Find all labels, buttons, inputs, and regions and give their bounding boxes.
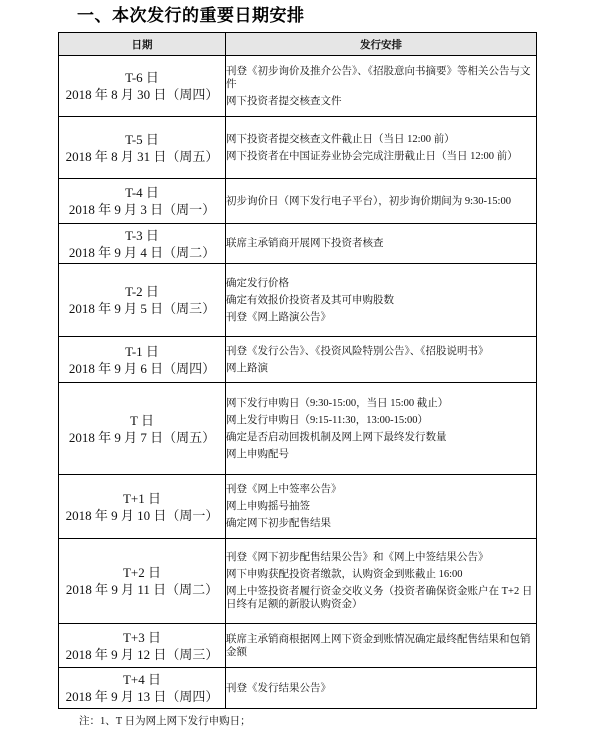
arrangement-cell: 刊登《发行结果公告》 xyxy=(226,668,537,709)
arrangement-item: 网下投资者提交核查文件截止日（当日 12:00 前） xyxy=(226,133,536,146)
date-cell: T+2 日2018 年 9 月 11 日（周二） xyxy=(59,539,226,624)
section-heading: 一、本次发行的重要日期安排 xyxy=(77,1,305,26)
trading-day-label: T-2 日 xyxy=(59,283,225,300)
column-header-arrangement: 发行安排 xyxy=(226,33,537,56)
table-row: T-1 日2018 年 9 月 6 日（周四）刊登《发行公告》、《投资风险特别公… xyxy=(59,337,537,383)
table-row: T-5 日2018 年 8 月 31 日（周五）网下投资者提交核查文件截止日（当… xyxy=(59,117,537,179)
date-cell: T-6 日2018 年 8 月 30 日（周四） xyxy=(59,56,226,117)
table-row: T+4 日2018 年 9 月 13 日（周四）刊登《发行结果公告》 xyxy=(59,668,537,709)
table-row: T-6 日2018 年 8 月 30 日（周四）刊登《初步询价及推介公告》、《招… xyxy=(59,56,537,117)
calendar-date: 2018 年 9 月 12 日（周三） xyxy=(59,646,225,663)
calendar-date: 2018 年 8 月 30 日（周四） xyxy=(59,86,225,103)
arrangement-cell: 刊登《网下初步配售结果公告》和《网上中签结果公告》网下申购获配投资者缴款，认购资… xyxy=(226,539,537,624)
calendar-date: 2018 年 9 月 5 日（周三） xyxy=(59,300,225,317)
arrangement-cell: 刊登《初步询价及推介公告》、《招股意向书摘要》等相关公告与文件网下投资者提交核查… xyxy=(226,56,537,117)
date-cell: T+1 日2018 年 9 月 10 日（周一） xyxy=(59,475,226,539)
arrangement-item: 刊登《网上路演公告》 xyxy=(226,311,536,324)
calendar-date: 2018 年 9 月 4 日（周二） xyxy=(59,244,225,261)
calendar-date: 2018 年 9 月 10 日（周一） xyxy=(59,507,225,524)
table-row: T-3 日2018 年 9 月 4 日（周二）联席主承销商开展网下投资者核查 xyxy=(59,224,537,264)
table-row: T-4 日2018 年 9 月 3 日（周一）初步询价日（网下发行电子平台），初… xyxy=(59,179,537,224)
calendar-date: 2018 年 9 月 13 日（周四） xyxy=(59,688,225,705)
table-header-row: 日期 发行安排 xyxy=(59,33,537,56)
arrangement-item: 确定有效报价投资者及其可申购股数 xyxy=(226,294,536,307)
arrangement-item: 联席主承销商开展网下投资者核查 xyxy=(226,237,536,250)
arrangement-item: 网下投资者在中国证券业协会完成注册截止日（当日 12:00 前） xyxy=(226,150,536,163)
arrangement-item: 网下申购获配投资者缴款，认购资金到账截止 16:00 xyxy=(226,568,536,581)
trading-day-label: T 日 xyxy=(59,412,225,429)
arrangement-item: 初步询价日（网下发行电子平台），初步询价期间为 9:30-15:00 xyxy=(226,195,536,208)
table-row: T-2 日2018 年 9 月 5 日（周三）确定发行价格确定有效报价投资者及其… xyxy=(59,264,537,337)
arrangement-item: 刊登《发行结果公告》 xyxy=(226,682,536,695)
trading-day-label: T+2 日 xyxy=(59,564,225,581)
arrangement-cell: 刊登《发行公告》、《投资风险特别公告》、《招股说明书》网上路演 xyxy=(226,337,537,383)
arrangement-item: 网上中签投资者履行资金交收义务（投资者确保资金账户在 T+2 日日终有足额的新股… xyxy=(226,585,536,611)
column-header-date: 日期 xyxy=(59,33,226,56)
schedule-table: 日期 发行安排 T-6 日2018 年 8 月 30 日（周四）刊登《初步询价及… xyxy=(58,32,537,709)
arrangement-cell: 确定发行价格确定有效报价投资者及其可申购股数刊登《网上路演公告》 xyxy=(226,264,537,337)
arrangement-item: 网下发行申购日（9:30-15:00，当日 15:00 截止） xyxy=(226,397,536,410)
arrangement-item: 联席主承销商根据网上网下资金到账情况确定最终配售结果和包销金额 xyxy=(226,633,536,659)
arrangement-cell: 初步询价日（网下发行电子平台），初步询价期间为 9:30-15:00 xyxy=(226,179,537,224)
arrangement-item: 刊登《初步询价及推介公告》、《招股意向书摘要》等相关公告与文件 xyxy=(226,65,536,91)
date-cell: T-5 日2018 年 8 月 31 日（周五） xyxy=(59,117,226,179)
trading-day-label: T-6 日 xyxy=(59,69,225,86)
date-cell: T+3 日2018 年 9 月 12 日（周三） xyxy=(59,624,226,668)
arrangement-item: 网上路演 xyxy=(226,362,536,375)
arrangement-cell: 联席主承销商根据网上网下资金到账情况确定最终配售结果和包销金额 xyxy=(226,624,537,668)
trading-day-label: T+4 日 xyxy=(59,671,225,688)
arrangement-item: 网上申购配号 xyxy=(226,448,536,461)
table-row: T+3 日2018 年 9 月 12 日（周三）联席主承销商根据网上网下资金到账… xyxy=(59,624,537,668)
arrangement-item: 确定发行价格 xyxy=(226,277,536,290)
calendar-date: 2018 年 8 月 31 日（周五） xyxy=(59,148,225,165)
date-cell: T+4 日2018 年 9 月 13 日（周四） xyxy=(59,668,226,709)
arrangement-cell: 网下发行申购日（9:30-15:00，当日 15:00 截止）网上发行申购日（9… xyxy=(226,383,537,475)
arrangement-item: 确定是否启动回拨机制及网上网下最终发行数量 xyxy=(226,431,536,444)
trading-day-label: T-1 日 xyxy=(59,343,225,360)
calendar-date: 2018 年 9 月 3 日（周一） xyxy=(59,201,225,218)
footnote: 注：1、T 日为网上网下发行申购日； xyxy=(79,713,251,728)
calendar-date: 2018 年 9 月 7 日（周五） xyxy=(59,429,225,446)
date-cell: T 日2018 年 9 月 7 日（周五） xyxy=(59,383,226,475)
trading-day-label: T+1 日 xyxy=(59,490,225,507)
arrangement-cell: 联席主承销商开展网下投资者核查 xyxy=(226,224,537,264)
table-row: T 日2018 年 9 月 7 日（周五）网下发行申购日（9:30-15:00，… xyxy=(59,383,537,475)
arrangement-item: 刊登《网下初步配售结果公告》和《网上中签结果公告》 xyxy=(226,551,536,564)
table-row: T+2 日2018 年 9 月 11 日（周二）刊登《网下初步配售结果公告》和《… xyxy=(59,539,537,624)
arrangement-item: 网上发行申购日（9:15-11:30，13:00-15:00） xyxy=(226,414,536,427)
arrangement-item: 网上申购摇号抽签 xyxy=(226,500,536,513)
calendar-date: 2018 年 9 月 11 日（周二） xyxy=(59,581,225,598)
table-row: T+1 日2018 年 9 月 10 日（周一）刊登《网上中签率公告》网上申购摇… xyxy=(59,475,537,539)
date-cell: T-4 日2018 年 9 月 3 日（周一） xyxy=(59,179,226,224)
schedule-table-body: T-6 日2018 年 8 月 30 日（周四）刊登《初步询价及推介公告》、《招… xyxy=(59,56,537,709)
arrangement-item: 刊登《发行公告》、《投资风险特别公告》、《招股说明书》 xyxy=(226,345,536,358)
trading-day-label: T-3 日 xyxy=(59,227,225,244)
trading-day-label: T+3 日 xyxy=(59,629,225,646)
arrangement-cell: 网下投资者提交核查文件截止日（当日 12:00 前）网下投资者在中国证券业协会完… xyxy=(226,117,537,179)
calendar-date: 2018 年 9 月 6 日（周四） xyxy=(59,360,225,377)
arrangement-item: 网下投资者提交核查文件 xyxy=(226,95,536,108)
arrangement-item: 确定网下初步配售结果 xyxy=(226,517,536,530)
arrangement-cell: 刊登《网上中签率公告》网上申购摇号抽签确定网下初步配售结果 xyxy=(226,475,537,539)
date-cell: T-2 日2018 年 9 月 5 日（周三） xyxy=(59,264,226,337)
arrangement-item: 刊登《网上中签率公告》 xyxy=(226,483,536,496)
trading-day-label: T-5 日 xyxy=(59,131,225,148)
date-cell: T-1 日2018 年 9 月 6 日（周四） xyxy=(59,337,226,383)
trading-day-label: T-4 日 xyxy=(59,184,225,201)
date-cell: T-3 日2018 年 9 月 4 日（周二） xyxy=(59,224,226,264)
